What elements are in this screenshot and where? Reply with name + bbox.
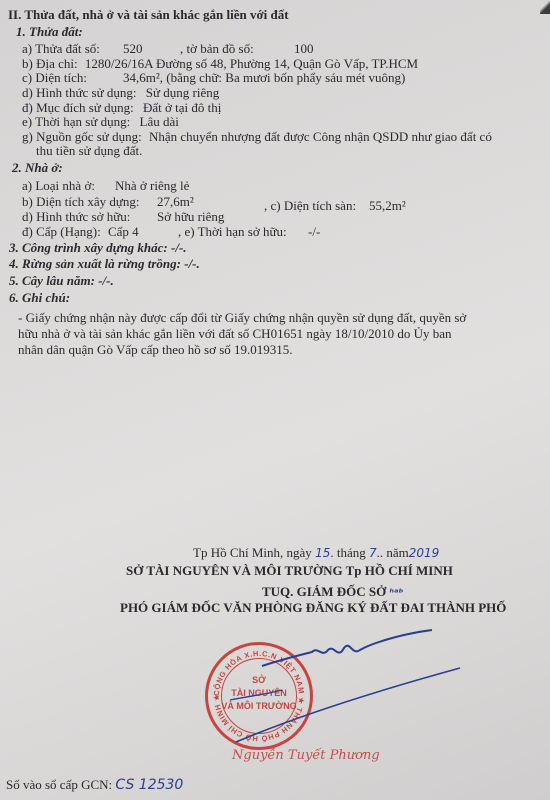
house-ownership-term-value: -/- [308,224,320,239]
map-sheet-label: , tờ bản đồ số: [180,41,254,56]
land-area-row: c) Diện tích: 34,6m², (bằng chữ: Ba mươi… [22,70,87,85]
land-use-term-value: Lâu dài [140,114,179,129]
registry-label: Số vào sổ cấp GCN: [6,777,112,792]
registry-value: CS 12530 [115,777,183,793]
house-heading: 2. Nhà ở: [12,160,63,175]
house-type-row: a) Loại nhà ở: Nhà ở riêng lẻ [22,178,95,193]
land-origin-value: Nhận chuyển nhượng đất được Công nhận QS… [149,129,492,144]
house-building-area-value: 27,6m² [157,194,194,209]
land-area-label: c) Diện tích: [22,70,87,85]
house-floor-area-value: 55,2m² [369,198,406,213]
house-grade-label: đ) Cấp (Hạng): [22,224,101,239]
land-use-term-row: e) Thời hạn sử dụng: Lâu dài [22,114,179,129]
house-building-area-row: b) Diện tích xây dựng: 27,6m² , c) Diện … [22,194,140,209]
official-seal: CỘNG HÒA X.H.C.N VIỆT NAM ★ THÀNH PHỐ HỒ… [205,642,313,750]
house-floor-area-label: , c) Diện tích sàn: [264,198,356,213]
registry-number-row: Số vào sổ cấp GCN: CS 12530 [6,777,183,793]
house-grade-row: đ) Cấp (Hạng): Cấp 4 , e) Thời hạn sở hữ… [22,224,139,239]
land-parcel-label: a) Thửa đất số: [22,41,100,56]
house-type-value: Nhà ở riêng lẻ [115,178,189,193]
land-use-form-value: Sử dụng riêng [146,85,220,100]
notes-line-2: hữu nhà ở và tài sản khác gắn liền với đ… [18,326,451,341]
house-ownership-term-label: , e) Thời hạn sở hữu: [178,224,287,239]
land-origin-value-cont: thu tiền sử dụng đất. [36,143,142,158]
date-month-label: tháng [337,545,366,560]
signer-name: Nguyễn Tuyết Phương [232,748,380,763]
signer-position: PHÓ GIÁM ĐỐC VĂN PHÒNG ĐĂNG KÝ ĐẤT ĐAI T… [120,600,506,615]
seal-line-3: VÀ MÔI TRƯỜNG [208,701,310,711]
land-parcel-value: 520 [123,41,143,56]
issue-date: Tp Hồ Chí Minh, ngày 15. tháng 7.. năm20… [193,545,439,561]
paper-edge-shadow [540,0,550,14]
land-heading: 1. Thửa đất: [16,24,83,39]
date-year-label: năm [386,545,408,560]
house-ownership-label: d) Hình thức sở hữu: [22,209,130,224]
house-ownership-row: d) Hình thức sở hữu: Sở hữu riêng [22,209,130,224]
land-use-form-row: d) Hình thức sử dụng: Sử dụng riêng [22,85,219,100]
seal-line-1: SỞ [208,675,310,685]
house-ownership-value: Sở hữu riêng [157,209,224,224]
agency-name: SỞ TÀI NGUYÊN VÀ MÔI TRƯỜNG Tp HỒ CHÍ MI… [0,563,550,578]
land-use-term-label: e) Thời hạn sử dụng: [22,114,130,129]
notes-line-3: nhân dân quận Gò Vấp cấp theo hồ sơ số 1… [18,342,293,357]
land-use-purpose-row: đ) Mục đích sử dụng: Đất ở tại đô thị [22,100,221,115]
on-behalf-text: TUQ. GIÁM ĐỐC SỞ [262,584,386,599]
house-building-area-label: b) Diện tích xây dựng: [22,194,140,209]
land-area-value: 34,6m², (bằng chữ: Ba mươi bốn phẩy sáu … [123,70,405,85]
other-construction: 3. Công trình xây dựng khác: -/-. [9,240,187,255]
production-forest: 4. Rừng sản xuất là rừng trồng: -/-. [9,256,200,271]
land-use-purpose-label: đ) Mục đích sử dụng: [22,100,134,115]
land-address-row: b) Địa chỉ: 1280/26/16A Đường số 48, Phư… [22,56,418,71]
land-address-label: b) Địa chỉ: [22,56,78,71]
land-address-value: 1280/26/16A Đường số 48, Phường 14, Quận… [85,56,418,71]
land-origin-row: g) Nguồn gốc sử dụng: Nhận chuyển nhượng… [22,129,492,144]
notes-line-1: - Giấy chứng nhận này được cấp đổi từ Gi… [18,310,466,325]
notes-heading: 6. Ghi chú: [9,290,70,305]
section-title: II. Thửa đất, nhà ở và tài sản khác gắn … [8,7,289,22]
seal-line-2: TÀI NGUYÊN [208,688,310,698]
perennial-trees: 5. Cây lâu năm: -/-. [9,273,114,288]
house-grade-value: Cấp 4 [108,224,139,239]
land-parcel-row: a) Thửa đất số: 520 , tờ bản đồ số: 100 [22,41,100,56]
house-type-label: a) Loại nhà ở: [22,178,95,193]
on-behalf-line: TUQ. GIÁM ĐỐC SỞ ʰᵃᵇ [262,584,403,601]
map-sheet-value: 100 [294,41,314,56]
date-month: 7 [369,546,377,560]
date-prefix: Tp Hồ Chí Minh, ngày [193,545,312,560]
date-year: 2019 [409,546,440,560]
date-day: 15 [315,546,330,560]
land-use-purpose-value: Đất ở tại đô thị [143,100,221,115]
initial-mark: ʰᵃᵇ [389,588,403,599]
land-origin-label: g) Nguồn gốc sử dụng: [22,129,142,144]
land-use-form-label: d) Hình thức sử dụng: [22,85,136,100]
